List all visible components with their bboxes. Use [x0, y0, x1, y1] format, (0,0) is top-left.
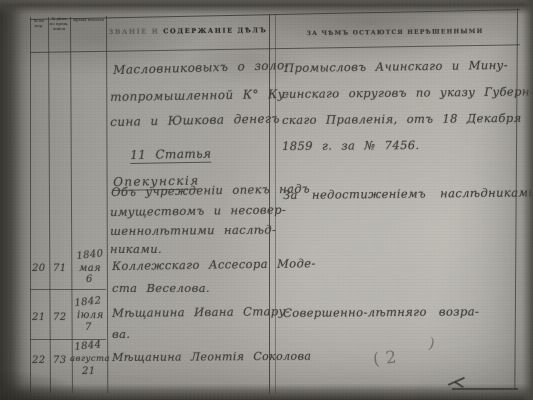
row-date-year: 1840 — [76, 248, 104, 262]
intro-resolution-line: 1859 г. за № 7456. — [282, 138, 420, 153]
row-date-day: 6 — [86, 274, 93, 285]
row-number: 21 — [32, 312, 46, 323]
guardianship-content-line: шеннолѣтними наслѣд- — [110, 223, 276, 238]
table-left-border — [30, 17, 31, 393]
intro-resolution-line: синскаго округовъ по указу Губерн- — [282, 84, 533, 101]
scanned-register-page-photo: № по пор. № дѣлъ по преж. описи Время на… — [0, 0, 533, 400]
photo-edge-left — [0, 0, 32, 400]
guardianship-content-line: Объ учрежденіи опекъ надъ — [111, 182, 310, 199]
column-line-date — [70, 17, 73, 393]
table-bottom-border-segment — [452, 388, 518, 390]
row-content-line: Мѣщанина Леонтія Соколова — [112, 350, 311, 364]
intro-content-line: топромышленной К° Ку- — [110, 87, 290, 104]
intro-content-line: сина и Юшкова денегъ — [110, 111, 280, 129]
column-header-content-main: СОДЕРЖАНІЕ ДѢЛЪ — [163, 26, 267, 35]
column-header-content: ЗВАНІЕ И СОДЕРЖАНІЕ ДѢЛЪ — [108, 26, 268, 36]
column-header-no-order: № по пор. — [30, 18, 48, 28]
column-header-date-started: Время начатія — [72, 17, 105, 22]
row-number: 20 — [32, 263, 46, 274]
row-date-day: 7 — [85, 322, 92, 333]
row-number: 22 — [32, 355, 46, 366]
row-date-year: 1844 — [74, 339, 102, 353]
row-old-number: 72 — [53, 312, 67, 323]
photo-edge-right — [522, 0, 533, 400]
column-header-content-faint-prefix: ЗВАНІЕ И — [109, 27, 160, 36]
pencil-bracket-note: (2 — [372, 347, 403, 370]
row-content-line: Коллежскаго Ассесора Моде- — [112, 256, 316, 273]
intro-resolution-line: скаго Правленія, отъ 18 Декабря — [282, 111, 522, 127]
row-date-year: 1842 — [74, 295, 102, 309]
column-header-resolution: ЗА ЧѢМЪ ОСТАЮТСЯ НЕРѢШЕННЫМИ — [290, 28, 500, 38]
column-line-content — [106, 16, 109, 393]
table-header-underline — [30, 44, 520, 53]
row-content-line: ста Веселова. — [112, 281, 210, 295]
column-header-no-old: № дѣлъ по преж. описи — [49, 16, 69, 31]
row-old-number: 73 — [53, 355, 67, 366]
guardianship-resolution-line: За недостиженіемъ наслѣдниками — [283, 185, 533, 202]
row-date-month: августа — [70, 354, 110, 364]
photo-edge-bottom — [0, 384, 533, 400]
guardianship-content-line: имуществомъ и несовер- — [110, 203, 286, 219]
intro-content-line: Масловниковыхъ о золо- — [113, 58, 289, 77]
photo-corner-shadow — [0, 360, 120, 400]
row-resolution-line: Совершенно-лѣтняго возра- — [283, 304, 479, 320]
row-date-month: іюля — [77, 310, 104, 321]
pencil-scribble-stroke — [455, 381, 464, 388]
guardianship-content-line: никами. — [110, 242, 162, 256]
pencil-hook-mark: ) — [427, 334, 437, 353]
section-heading: 11 Статья — [130, 147, 212, 164]
row-content-line: ва. — [112, 327, 130, 341]
intro-resolution-line: Промысловъ Ачинскаго и Мину- — [284, 58, 508, 75]
row-date-day: 21 — [82, 366, 96, 377]
photo-edge-top — [0, 0, 533, 15]
row-date-month: мая — [79, 263, 101, 274]
row-content-line: Мѣщанина Ивана Стару- — [112, 304, 290, 320]
row-separator-1 — [30, 289, 106, 290]
column-line-no-old — [48, 17, 51, 393]
row-old-number: 71 — [53, 263, 67, 274]
